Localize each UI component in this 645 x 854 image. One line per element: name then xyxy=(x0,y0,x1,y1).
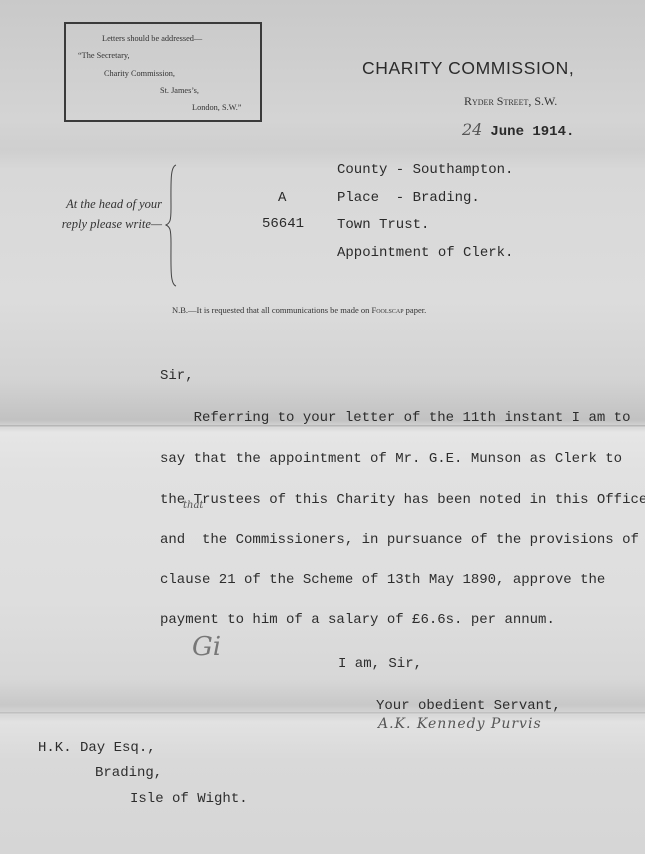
closing-servant: Your obedient Servant, xyxy=(376,698,561,714)
address-line: St. James’s, xyxy=(160,86,199,95)
notice-suffix: paper. xyxy=(404,305,427,315)
closing: I am, Sir, xyxy=(338,656,422,672)
reply-instruction: At the head of your reply please write— xyxy=(58,194,162,234)
address-line: Letters should be addressed— xyxy=(102,34,202,43)
subject-place: Place - Brading. xyxy=(337,190,480,206)
address-box: Letters should be addressed— “The Secret… xyxy=(64,22,262,122)
body-line: the Trustees of this Charity has been no… xyxy=(160,492,645,508)
body-line: clause 21 of the Scheme of 13th May 1890… xyxy=(160,572,605,588)
date-day-handwritten: 24 xyxy=(462,120,482,139)
letterhead-title: CHARITY COMMISSION, xyxy=(362,58,574,79)
body-line: Referring to your letter of the 11th ins… xyxy=(160,410,630,426)
body-line: say that the appointment of Mr. G.E. Mun… xyxy=(160,451,622,467)
body-line: payment to him of a salary of £6.6s. per… xyxy=(160,612,555,628)
handwritten-insertion: that xyxy=(183,500,203,511)
letterhead-street: Ryder Street, S.W. xyxy=(464,94,557,109)
recipient-town: Brading, xyxy=(95,765,162,781)
date-month-year: June 1914. xyxy=(490,124,574,140)
recipient-island: Isle of Wight. xyxy=(130,791,248,807)
body-line: and the Commissioners, in pursuance of t… xyxy=(160,532,639,548)
subject-county: County - Southampton. xyxy=(337,162,513,178)
foolscap-notice: N.B.—It is requested that all communicat… xyxy=(172,305,426,315)
subject-matter: Appointment of Clerk. xyxy=(337,245,513,261)
reference-letter: A xyxy=(278,190,286,206)
address-line: “The Secretary, xyxy=(78,51,130,60)
address-line: Charity Commission, xyxy=(104,69,175,78)
letter-date: 24June 1914. xyxy=(462,120,574,140)
notice-paper-word: Foolscap xyxy=(371,305,403,315)
recipient-name: H.K. Day Esq., xyxy=(38,740,156,756)
notice-text: N.B.—It is requested that all communicat… xyxy=(172,305,371,315)
reference-number: 56641 xyxy=(262,216,304,232)
signature: A.K. Kennedy Purvis xyxy=(378,716,542,732)
subject-trust: Town Trust. xyxy=(337,217,429,233)
initials-mark: Gi xyxy=(192,632,221,662)
salutation: Sir, xyxy=(160,368,194,384)
brace-icon xyxy=(164,163,178,288)
address-line: London, S.W.” xyxy=(192,103,241,112)
